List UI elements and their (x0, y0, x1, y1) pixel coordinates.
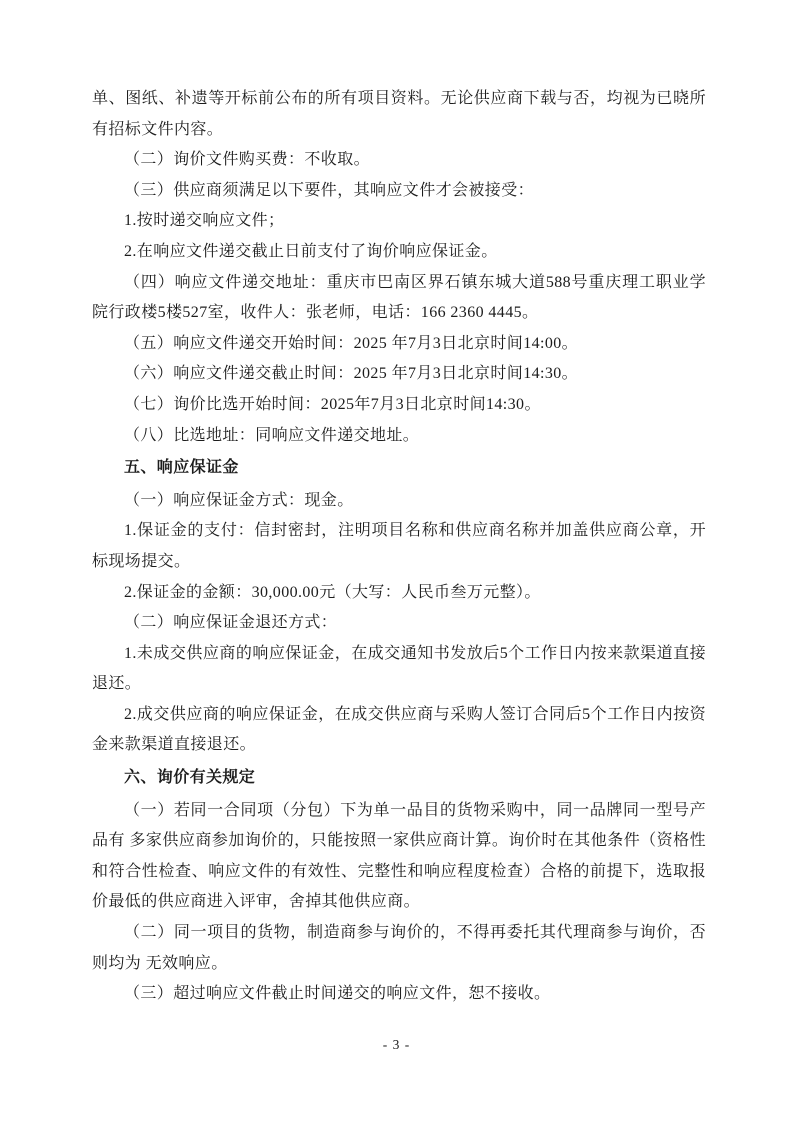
paragraph: （七）询价比选开始时间：2025年7月3日北京时间14:30。 (92, 390, 706, 421)
paragraph: （六）响应文件递交截止时间：2025 年7月3日北京时间14:30。 (92, 359, 706, 390)
section-heading: 五、响应保证金 (92, 453, 706, 484)
paragraph: （五）响应文件递交开始时间：2025 年7月3日北京时间14:00。 (92, 329, 706, 360)
section-heading: 六、询价有关规定 (92, 763, 706, 794)
paragraph: （二）响应保证金退还方式： (92, 608, 706, 639)
paragraph: 2.成交供应商的响应保证金，在成交供应商与采购人签订合同后5个工作日内按资金来款… (92, 700, 706, 761)
document-page: 单、图纸、补遗等开标前公布的所有项目资料。无论供应商下载与否，均视为已晓所有招标… (0, 0, 793, 1122)
paragraph: （一）若同一合同项（分包）下为单一品目的货物采购中，同一品牌同一型号产品有 多家… (92, 796, 706, 918)
paragraph: （三）超过响应文件截止时间递交的响应文件，恕不接收。 (92, 979, 706, 1010)
paragraph: （二）询价文件购买费：不收取。 (92, 145, 706, 176)
paragraph: （二）同一项目的货物，制造商参与询价的，不得再委托其代理商参与询价，否则均为 无… (92, 918, 706, 979)
paragraph: 单、图纸、补遗等开标前公布的所有项目资料。无论供应商下载与否，均视为已晓所有招标… (92, 84, 706, 145)
page-number: - 3 - (0, 1037, 793, 1053)
paragraph: 2.在响应文件递交截止日前支付了询价响应保证金。 (92, 237, 706, 268)
paragraph: 2.保证金的金额：30,000.00元（大写：人民币叁万元整）。 (92, 578, 706, 609)
document-body: 单、图纸、补遗等开标前公布的所有项目资料。无论供应商下载与否，均视为已晓所有招标… (92, 84, 706, 1010)
paragraph: （三）供应商须满足以下要件，其响应文件才会被接受： (92, 176, 706, 207)
paragraph: 1.按时递交响应文件； (92, 206, 706, 237)
paragraph: （一）响应保证金方式：现金。 (92, 486, 706, 517)
paragraph: 1.未成交供应商的响应保证金，在成交通知书发放后5个工作日内按来款渠道直接退还。 (92, 639, 706, 700)
paragraph: 1.保证金的支付：信封密封，注明项目名称和供应商名称并加盖供应商公章，开标现场提… (92, 516, 706, 577)
paragraph: （四）响应文件递交地址：重庆市巴南区界石镇东城大道588号重庆理工职业学院行政楼… (92, 268, 706, 329)
paragraph: （八）比选地址：同响应文件递交地址。 (92, 421, 706, 452)
